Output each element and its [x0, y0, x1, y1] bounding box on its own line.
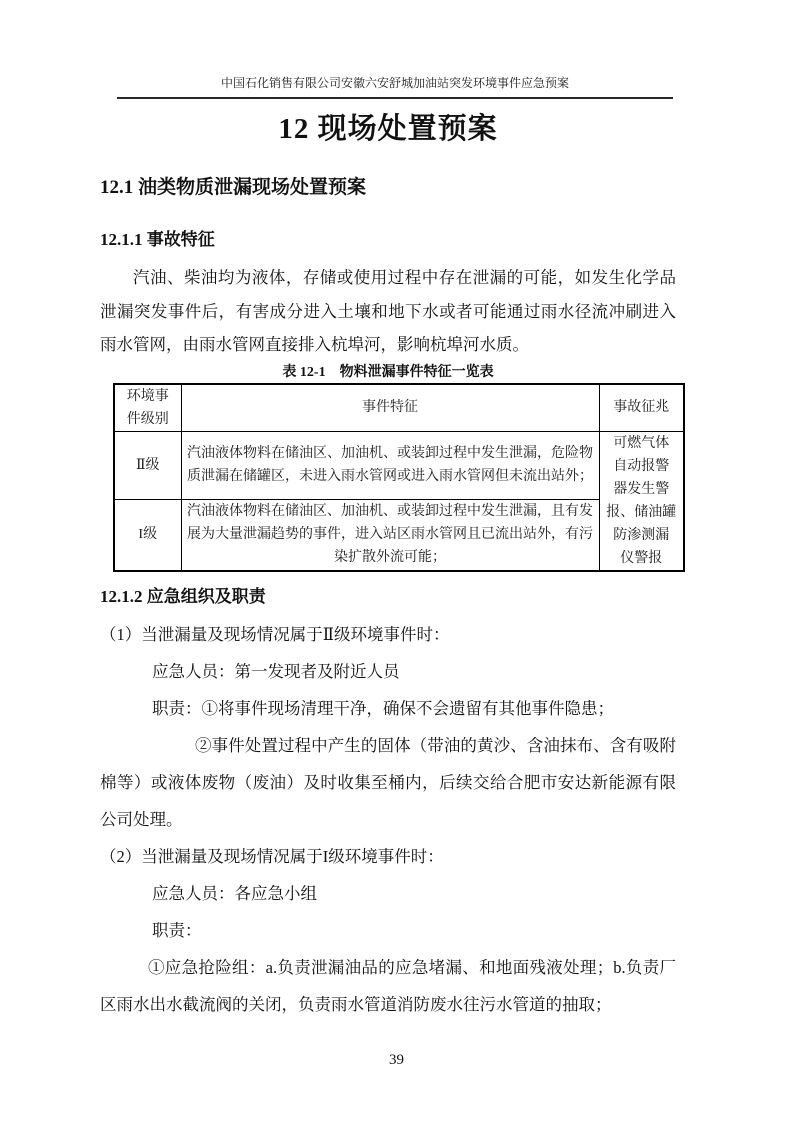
- section-12-1-heading: 12.1 油类物质泄漏现场处置预案: [100, 176, 676, 200]
- case1-staff: 应急人员：第一发现者及附近人员: [100, 653, 676, 690]
- level-cell: Ⅱ级: [114, 431, 181, 499]
- case1-title: （1）当泄漏量及现场情况属于Ⅱ级环境事件时：: [100, 616, 676, 653]
- leak-incident-table: 环境事 件级别 事件特征 事故征兆 Ⅱ级 汽油液体物料在储油区、加油机、或装卸过…: [113, 383, 685, 572]
- case2-duty-1: ①应急抢险组：a.负责泄漏油品的应急堵漏、和地面残液处理；b.负责厂区雨水出水截…: [100, 949, 676, 1023]
- duties-block: （1）当泄漏量及现场情况属于Ⅱ级环境事件时： 应急人员：第一发现者及附近人员 职…: [100, 616, 676, 1023]
- feature-cell: 汽油液体物料在储油区、加油机、或装卸过程中发生泄漏，危险物 质泄漏在储罐区，未进…: [181, 431, 599, 499]
- page-number: 39: [0, 1050, 793, 1070]
- column-header-level: 环境事 件级别: [114, 384, 181, 432]
- document-page: 中国石化销售有限公司安徽六安舒城加油站突发环境事件应急预案 12 现场处置预案 …: [0, 0, 793, 1122]
- feature-cell: 汽油液体物料在储油区、加油机、或装卸过程中发生泄漏，且有发 展为大量泄漏趋势的事…: [181, 499, 599, 570]
- case2-staff: 应急人员：各应急小组: [100, 875, 676, 912]
- column-header-features: 事件特征: [181, 384, 599, 432]
- case2-duty-label: 职责：: [100, 912, 676, 949]
- section-12-1-2-heading: 12.1.2 应急组织及职责: [100, 586, 676, 608]
- case2-title: （2）当泄漏量及现场情况属于I级环境事件时：: [100, 838, 676, 875]
- level-cell: I级: [114, 499, 181, 570]
- table-row-level-1: I级 汽油液体物料在储油区、加油机、或装卸过程中发生泄漏，且有发 展为大量泄漏趋…: [114, 499, 684, 570]
- signs-cell: 可燃气体 自动报警 器发生警 报、储油罐 防渗测漏 仪警报: [599, 431, 684, 571]
- table-row-level-2: Ⅱ级 汽油液体物料在储油区、加油机、或装卸过程中发生泄漏，危险物 质泄漏在储罐区…: [114, 431, 684, 499]
- section-12-1-1-heading: 12.1.1 事故特征: [100, 229, 676, 251]
- column-header-signs: 事故征兆: [599, 384, 684, 432]
- case1-duty-2: ②事件处置过程中产生的固体（带油的黄沙、含油抹布、含有吸附棉等）或液体废物（废油…: [100, 727, 676, 838]
- case1-duty-1: 职责：①将事件现场清理干净，确保不会遗留有其他事件隐患；: [100, 690, 676, 727]
- running-header: 中国石化销售有限公司安徽六安舒城加油站突发环境事件应急预案: [117, 76, 673, 99]
- table-caption: 表 12-1 物料泄漏事件特征一览表: [100, 363, 676, 383]
- table-header-row: 环境事 件级别 事件特征 事故征兆: [114, 384, 684, 432]
- chapter-title: 12 现场处置预案: [100, 112, 676, 146]
- incident-features-paragraph: 汽油、柴油均为液体，存储或使用过程中存在泄漏的可能，如发生化学品泄漏突发事件后，…: [100, 261, 676, 362]
